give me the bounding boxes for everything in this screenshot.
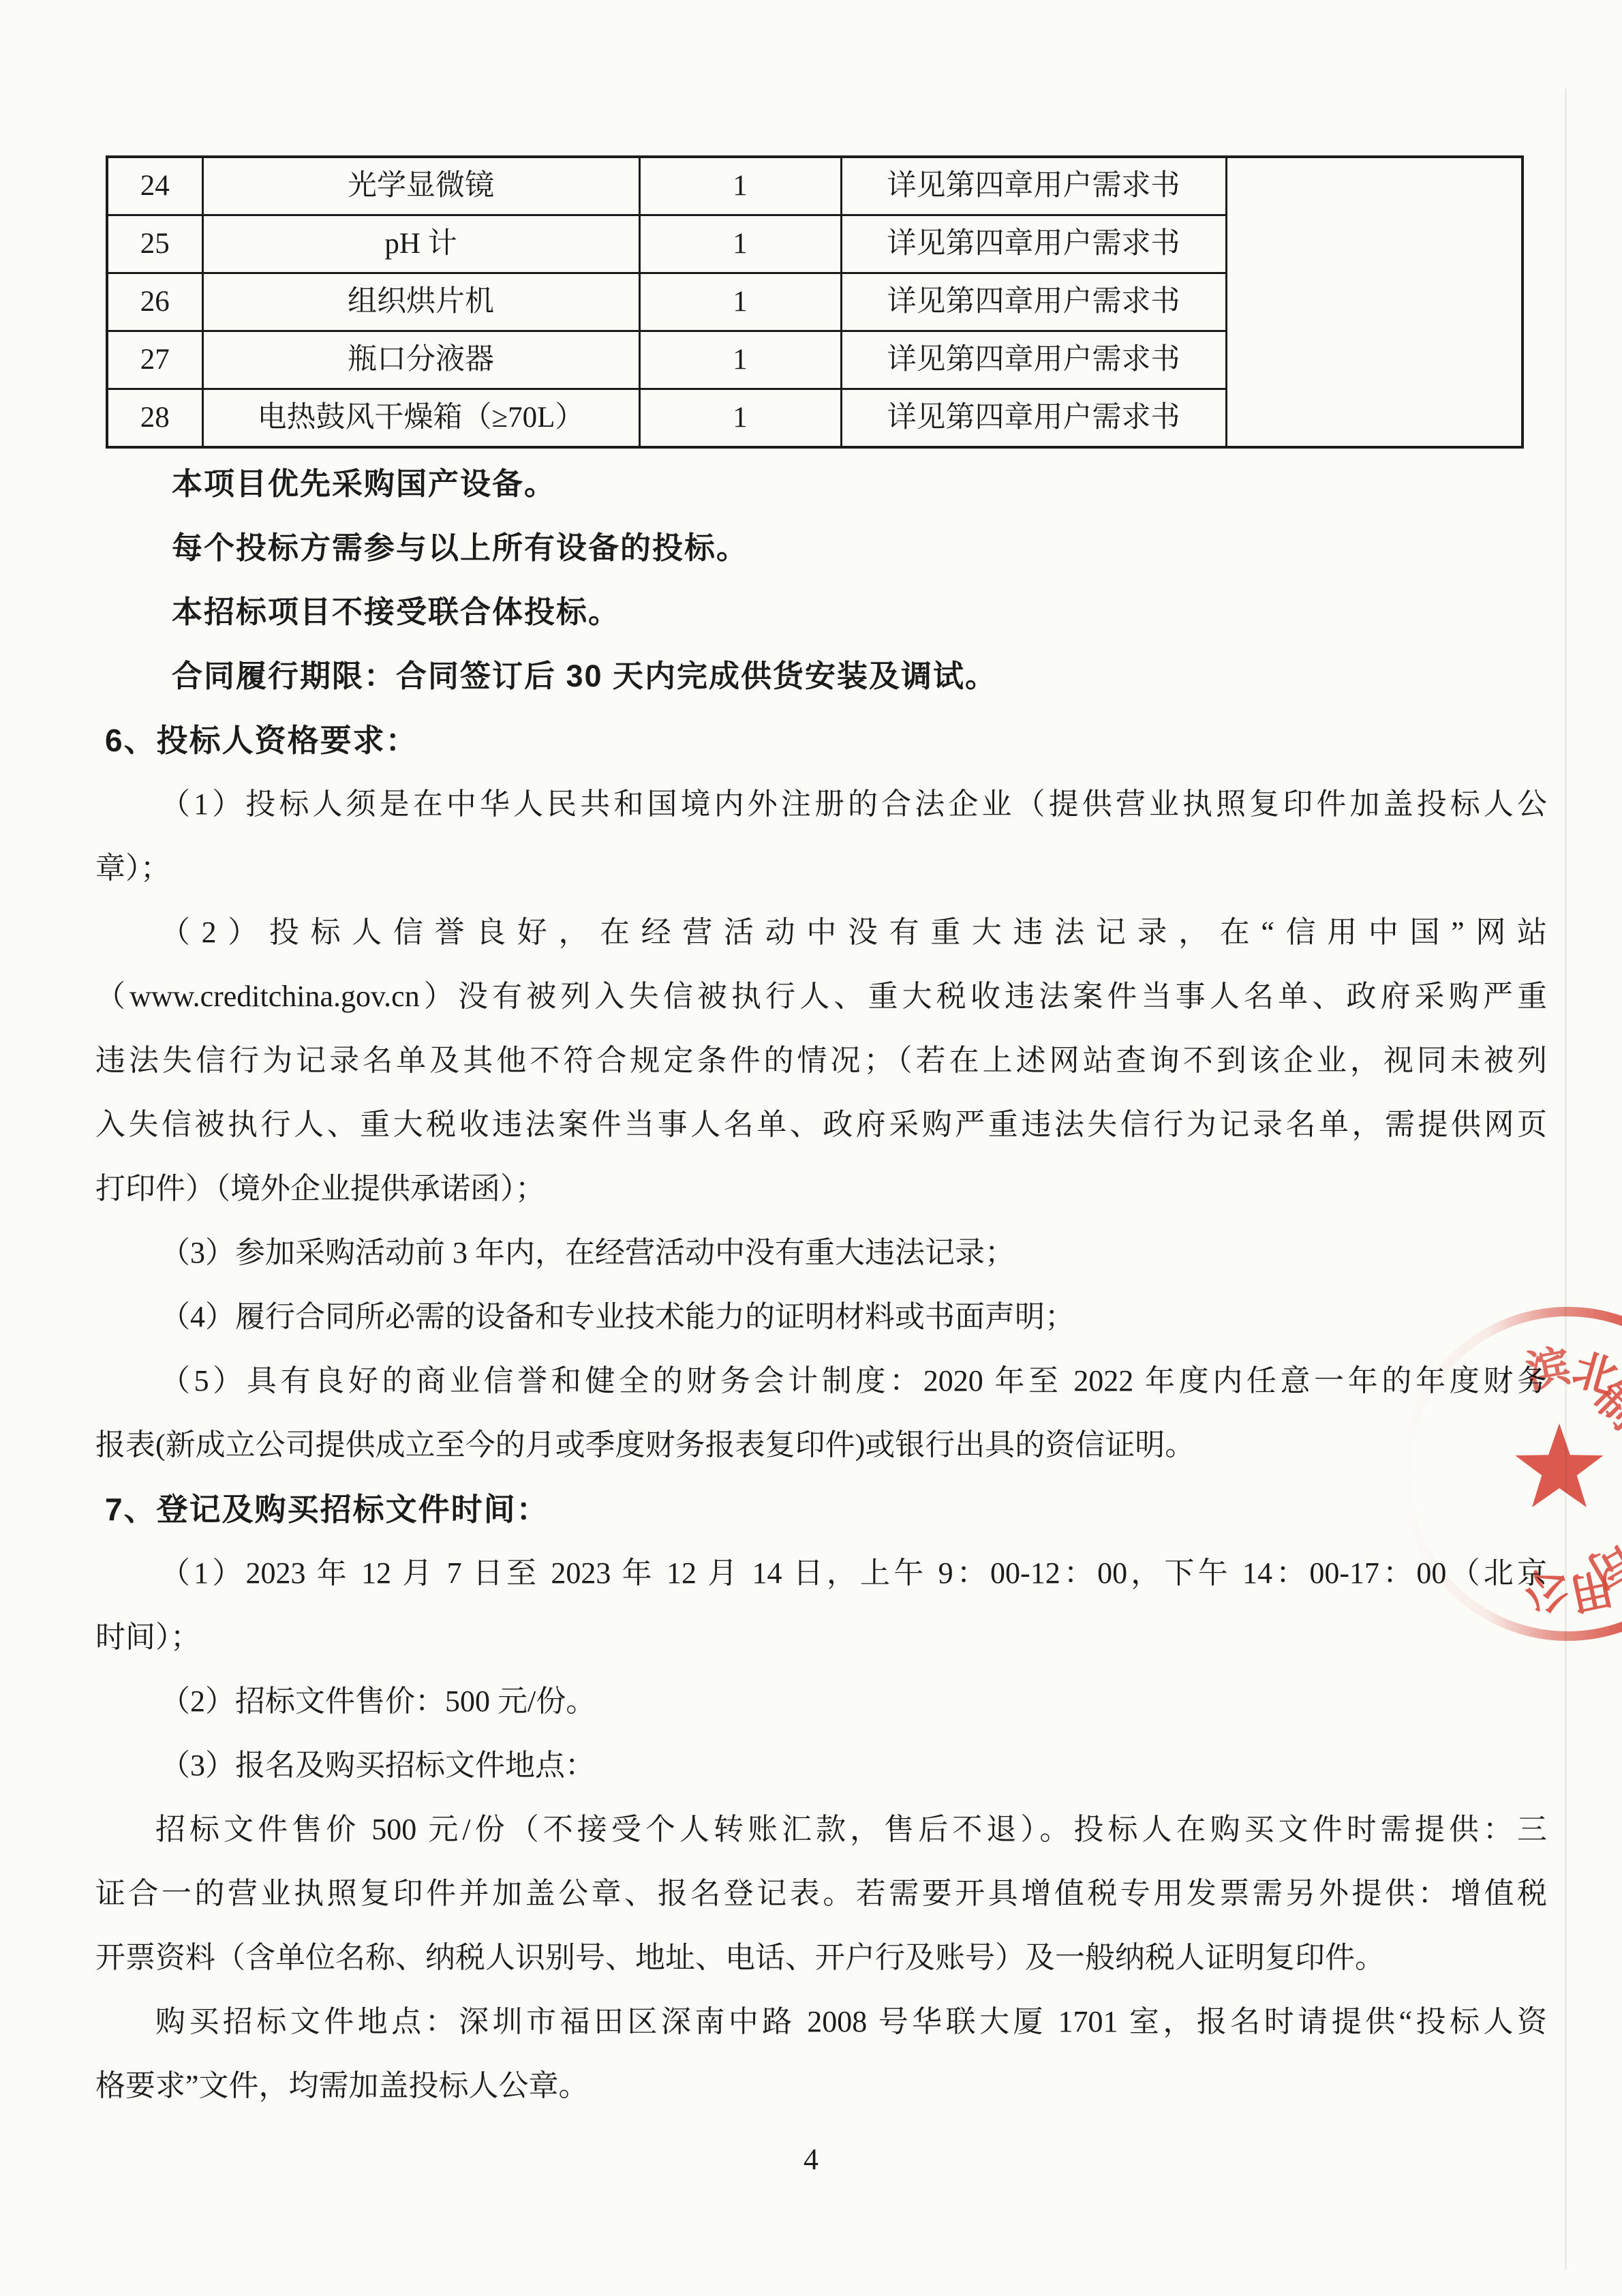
- section-6-heading: 6、投标人资格要求：: [95, 708, 1547, 772]
- doc-line: 格要求”文件，均需加盖投标人公章。: [95, 2054, 1547, 2118]
- merged-empty-cell: [1226, 157, 1522, 447]
- seal-char: 滨: [1522, 1341, 1574, 1397]
- seal-star: [1515, 1423, 1603, 1507]
- cell-seq: 24: [107, 157, 202, 215]
- cell-seq: 27: [107, 331, 202, 389]
- cell-qty: 1: [639, 389, 841, 448]
- bold-note-line: 本招标项目不接受联合体投标。: [95, 580, 1547, 644]
- red-seal: 滨 北 制 公 用 司: [1388, 1286, 1622, 1668]
- cell-name: 瓶口分液器: [202, 331, 639, 389]
- doc-line: 证合一的营业执照复印件并加盖公章、报名登记表。若需要开具增值税专用发票需另外提供…: [95, 1862, 1547, 1926]
- scan-fold-line: [1565, 89, 1567, 2270]
- cell-note: 详见第四章用户需求书: [841, 273, 1226, 331]
- section-7-heading: 7、登记及购买招标文件时间：: [95, 1477, 1547, 1541]
- cell-seq: 25: [107, 215, 202, 273]
- doc-line: 打印件）（境外企业提供承诺函）；: [95, 1157, 1547, 1221]
- document-page: 24 光学显微镜 1 详见第四章用户需求书 25 pH 计 1 详见第四章用户需…: [0, 0, 1622, 2296]
- cell-name: pH 计: [202, 215, 639, 273]
- cell-qty: 1: [639, 215, 841, 273]
- doc-line: 时间）；: [95, 1605, 1547, 1670]
- table-row: 24 光学显微镜 1 详见第四章用户需求书: [107, 157, 1522, 215]
- doc-line: 开票资料（含单位名称、纳税人识别号、地址、电话、开户行及账号）及一般纳税人证明复…: [95, 1926, 1547, 1990]
- cell-seq: 28: [107, 389, 202, 448]
- doc-line: （3）参加采购活动前 3 年内，在经营活动中没有重大违法记录；: [95, 1221, 1547, 1285]
- doc-line: 入失信被执行人、重大税收违法案件当事人名单、政府采购严重违法失信行为记录名单，需…: [95, 1093, 1547, 1157]
- doc-line: 报表(新成立公司提供成立至今的月或季度财务报表复印件)或银行出具的资信证明。: [95, 1413, 1547, 1477]
- cell-seq: 26: [107, 273, 202, 331]
- doc-line: （1）2023 年 12 月 7 日至 2023 年 12 月 14 日，上午 …: [95, 1541, 1547, 1605]
- cell-note: 详见第四章用户需求书: [841, 215, 1226, 273]
- cell-name: 光学显微镜: [202, 157, 639, 215]
- equipment-table: 24 光学显微镜 1 详见第四章用户需求书 25 pH 计 1 详见第四章用户需…: [106, 155, 1524, 449]
- bold-note-line: 合同履行期限：合同签订后 30 天内完成供货安装及调试。: [95, 644, 1547, 708]
- cell-note: 详见第四章用户需求书: [841, 331, 1226, 389]
- cell-note: 详见第四章用户需求书: [841, 157, 1226, 215]
- page-number: 4: [0, 2139, 1622, 2180]
- doc-line: 违法失信行为记录名单及其他不符合规定条件的情况；（若在上述网站查询不到该企业，视…: [95, 1029, 1547, 1093]
- doc-line: （1）投标人须是在中华人民共和国境内外注册的合法企业（提供营业执照复印件加盖投标…: [95, 772, 1547, 836]
- bold-note-line: 每个投标方需参与以上所有设备的投标。: [95, 516, 1547, 580]
- doc-line: （2）招标文件售价：500 元/份。: [95, 1670, 1547, 1734]
- doc-line: 招标文件售价 500 元/份（不接受个人转账汇款，售后不退）。投标人在购买文件时…: [95, 1798, 1547, 1862]
- body-text: 本项目优先采购国产设备。 每个投标方需参与以上所有设备的投标。 本招标项目不接受…: [95, 452, 1547, 2118]
- doc-line: 购买招标文件地点：深圳市福田区深南中路 2008 号华联大厦 1701 室，报名…: [95, 1990, 1547, 2054]
- doc-line: （4）履行合同所必需的设备和专业技术能力的证明材料或书面声明；: [95, 1285, 1547, 1349]
- cell-qty: 1: [639, 157, 841, 215]
- doc-line: 章）；: [95, 836, 1547, 901]
- seal-char: 公: [1521, 1563, 1573, 1619]
- cell-qty: 1: [639, 273, 841, 331]
- cell-name: 组织烘片机: [202, 273, 639, 331]
- doc-line: （www.creditchina.gov.cn）没有被列入失信被执行人、重大税收…: [95, 965, 1547, 1029]
- cell-note: 详见第四章用户需求书: [841, 389, 1226, 448]
- doc-line: （3）报名及购买招标文件地点：: [95, 1734, 1547, 1798]
- cell-qty: 1: [639, 331, 841, 389]
- doc-line: （2）投标人信誉良好，在经营活动中没有重大违法记录，在“信用中国”网站: [95, 901, 1547, 965]
- doc-line: （5）具有良好的商业信誉和健全的财务会计制度：2020 年至 2022 年度内任…: [95, 1349, 1547, 1413]
- bold-note-line: 本项目优先采购国产设备。: [95, 452, 1547, 516]
- cell-name: 电热鼓风干燥箱（≥70L）: [202, 389, 639, 448]
